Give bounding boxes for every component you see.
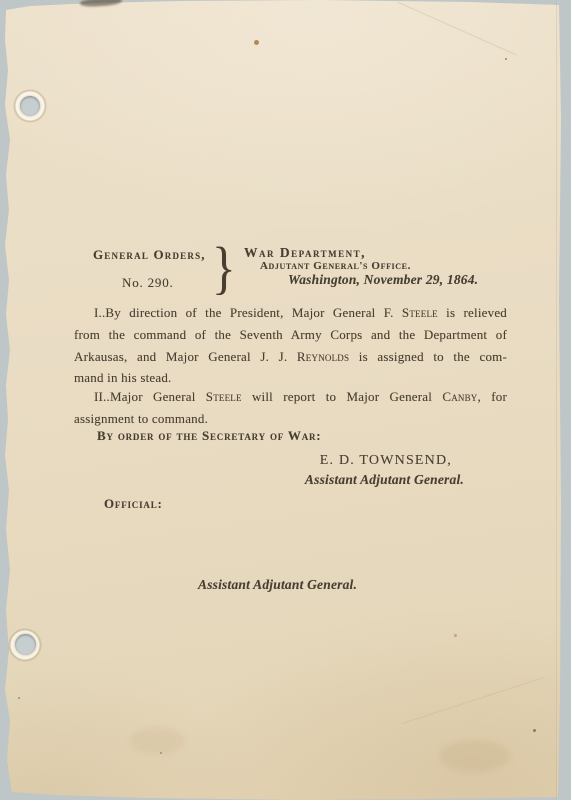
hole-punch-top xyxy=(20,96,40,116)
speck xyxy=(18,697,20,699)
scanned-document-background: { "document": { "kind": "General Orders … xyxy=(0,0,571,800)
text-segment: from the command of the Seventh Army Cor… xyxy=(74,327,507,342)
text-segment: will report to Major General xyxy=(242,389,443,404)
speck xyxy=(505,58,507,60)
paragraph-2: II..Major General Steele will report to … xyxy=(74,386,507,430)
rust-speck xyxy=(254,40,259,45)
text-segment: I..By direction of the President, Major … xyxy=(94,305,402,320)
age-stain xyxy=(130,728,185,754)
name-steele: Steele xyxy=(402,305,438,320)
speck xyxy=(533,729,536,732)
official-label: Official: xyxy=(104,496,163,512)
text-segment: is assigned to the com- xyxy=(349,349,507,364)
speck xyxy=(454,634,457,637)
hole-punch-bottom xyxy=(15,634,36,655)
order-number: No. 290. xyxy=(122,275,174,291)
dateline: Washington, November 29, 1864. xyxy=(288,272,478,288)
fold-crease-right xyxy=(556,0,558,800)
paragraph-2-line-1: II..Major General Steele will report to … xyxy=(74,386,507,408)
name-canby: Canby xyxy=(442,389,477,404)
text-segment: II..Major General xyxy=(94,389,206,404)
signature-title: Assistant Adjutant General. xyxy=(74,472,464,488)
adjutant-office-label: Adjutant General's Office. xyxy=(260,260,411,272)
paragraph-1-line-3: Arkausas, and Major General J. J. Reynol… xyxy=(74,346,507,368)
text-segment: assignment to command. xyxy=(74,411,208,426)
signature-name: E. D. TOWNSEND, xyxy=(74,453,452,469)
text-segment: is relieved xyxy=(438,305,507,320)
document-scan: General Orders, No. 290. } War Departmen… xyxy=(0,0,571,800)
general-orders-label: General Orders, xyxy=(93,247,206,263)
paragraph-2-line-2: assignment to command. xyxy=(74,408,507,430)
name-reynolds: Reynolds xyxy=(297,349,349,364)
by-order-line: By order of the Secretary of War: xyxy=(97,428,321,444)
text-segment: mand in his stead. xyxy=(74,370,171,385)
footer-title: Assistant Adjutant General. xyxy=(198,577,357,593)
paragraph-1: I..By direction of the President, Major … xyxy=(74,302,507,389)
name-steele: Steele xyxy=(206,389,242,404)
war-department-label: War Department, xyxy=(244,245,366,261)
paragraph-1-line-1: I..By direction of the President, Major … xyxy=(74,302,507,324)
text-segment: , for xyxy=(478,389,507,404)
age-stain xyxy=(440,740,510,772)
paragraph-1-line-2: from the command of the Seventh Army Cor… xyxy=(74,324,507,346)
text-segment: Arkausas, and Major General J. J. xyxy=(74,349,297,364)
brace-glyph: } xyxy=(212,243,236,293)
